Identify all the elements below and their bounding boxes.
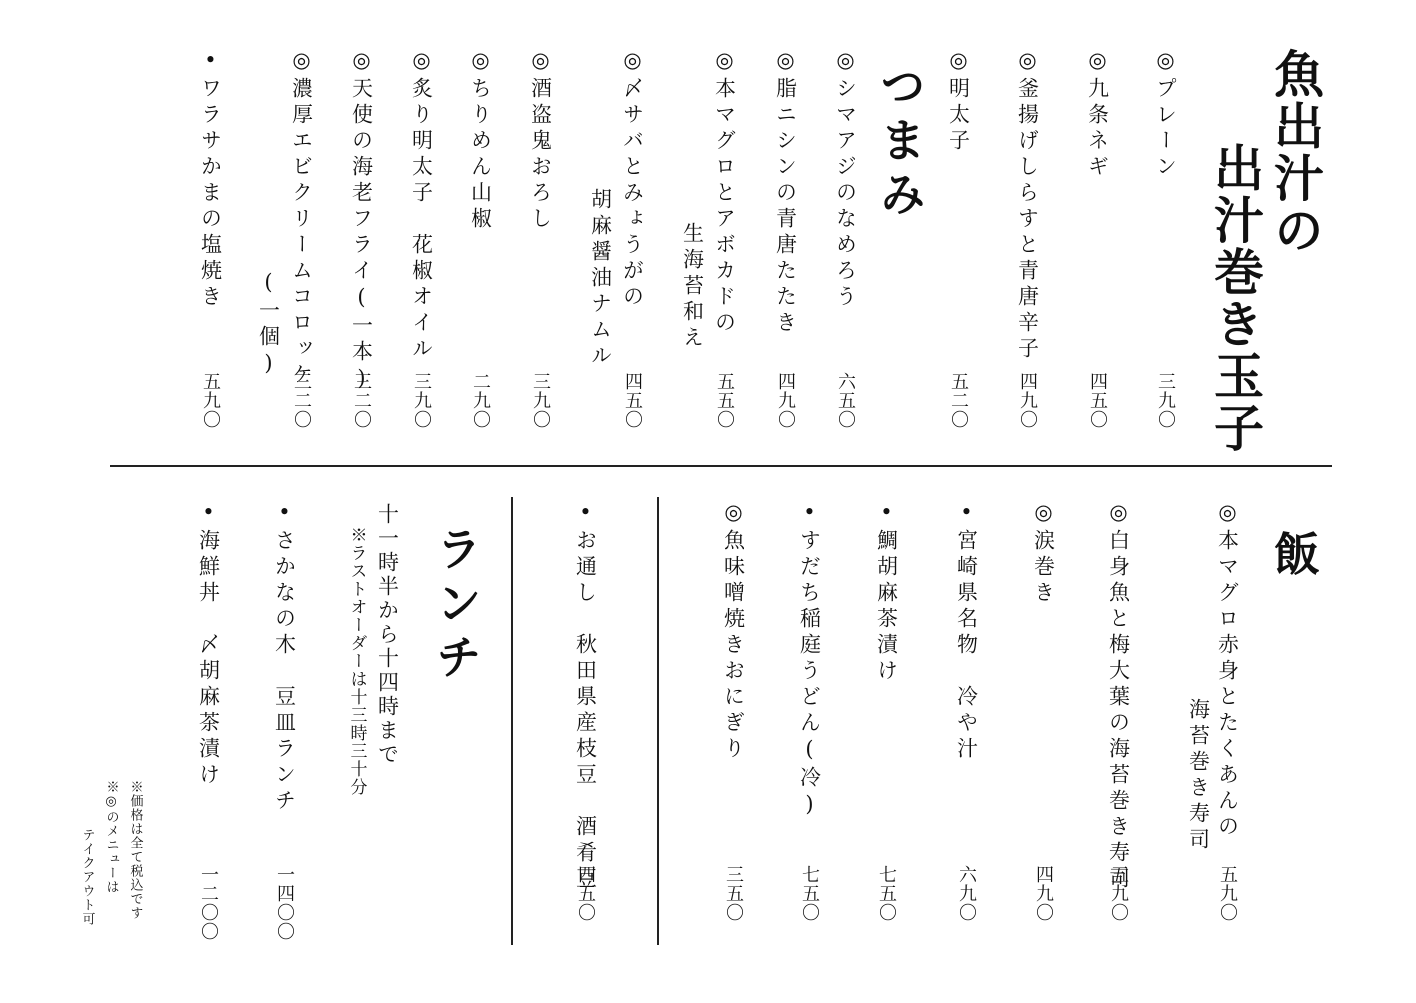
item-name: 九条ネギ xyxy=(1086,77,1110,181)
item-name: さかなの木 豆皿ランチ xyxy=(273,529,297,815)
takeout-mark: ◎ xyxy=(1154,48,1178,77)
menu-item-shiromi-ume: ◎白身魚と梅大葉の海苔巻き寿司 xyxy=(1108,500,1129,893)
takeout-mark: ◎ xyxy=(410,48,434,77)
takeout-mark: ◎ xyxy=(350,48,374,77)
item-name: 涙巻き xyxy=(1032,529,1056,607)
item-name-line2: (一個) xyxy=(258,270,279,380)
item-price: 四五〇 xyxy=(576,865,594,922)
menu-item-shuto: ◎酒盗鬼おろし xyxy=(530,48,551,233)
item-name: 天使の海老フライ(一本) xyxy=(350,77,374,395)
note-takeout-cont: テイクアウト可 xyxy=(81,828,94,926)
item-price: 三九〇 xyxy=(1156,372,1174,429)
takeout-mark: ◎ xyxy=(1107,500,1131,529)
section-title-rice: 飯 xyxy=(1271,530,1317,584)
bullet-mark: • xyxy=(574,500,598,529)
section-title-tsumami: つまみ xyxy=(877,62,923,224)
menu-item-ebi-fry: ◎天使の海老フライ(一本) xyxy=(351,48,372,395)
item-name: 明太子 xyxy=(947,77,971,155)
menu-item-mamezara-lunch: •さかなの木 豆皿ランチ xyxy=(274,500,295,815)
lunch-last-order: ※ラストオーダーは十三時三十分 xyxy=(348,526,365,796)
menu-item-ebi-croquette: ◎濃厚エビクリームコロッケ xyxy=(291,48,312,389)
item-price: 五九〇 xyxy=(1109,865,1127,922)
menu-item-namidamaki: ◎涙巻き xyxy=(1033,500,1054,607)
note-takeout: ※◎のメニューは xyxy=(105,780,118,894)
item-price: 一四〇〇 xyxy=(275,865,293,941)
item-name: 炙り明太子 花椒オイル xyxy=(410,77,434,363)
menu-item-maguro-takuan: ◎本マグロ赤身とたくあんの xyxy=(1217,500,1238,841)
bullet-mark: • xyxy=(197,500,221,529)
vertical-divider-left xyxy=(511,497,513,945)
item-price: 三二〇 xyxy=(292,372,310,429)
section-title-lunch: ランチ xyxy=(433,525,479,687)
item-name: 宮崎県名物 冷や汁 xyxy=(955,529,979,763)
item-name-line2: 生海苔和え xyxy=(682,222,703,352)
item-name: ワラサかまの塩焼き xyxy=(199,77,223,311)
takeout-mark: ◎ xyxy=(1216,500,1240,529)
item-price: 七五〇 xyxy=(877,865,895,922)
item-price: 三九〇 xyxy=(531,372,549,429)
takeout-mark: ◎ xyxy=(1016,48,1040,77)
item-price: 七五〇 xyxy=(800,865,818,922)
item-price: 三二〇 xyxy=(352,372,370,429)
item-price: 三九〇 xyxy=(412,372,430,429)
item-name: 魚味噌焼きおにぎり xyxy=(722,529,746,763)
menu-item-kaisendon: •海鮮丼 〆胡麻茶漬け xyxy=(198,500,219,789)
takeout-mark: ◎ xyxy=(469,48,493,77)
item-name: 脂ニシンの青唐たたき xyxy=(774,77,798,337)
menu-item-aburi-mentaiko: ◎炙り明太子 花椒オイル xyxy=(411,48,432,363)
item-name: シマアジのなめろう xyxy=(834,77,858,311)
menu-item-nishin: ◎脂ニシンの青唐たたき xyxy=(775,48,796,337)
takeout-mark: ◎ xyxy=(947,48,971,77)
takeout-mark: ◎ xyxy=(1086,48,1110,77)
item-price: 四五〇 xyxy=(623,372,641,429)
bullet-mark: • xyxy=(199,48,223,77)
takeout-mark: ◎ xyxy=(621,48,645,77)
menu-item-plain: ◎プレーン xyxy=(1155,48,1176,181)
bullet-mark: • xyxy=(875,500,899,529)
item-price: 四五〇 xyxy=(1088,372,1106,429)
takeout-mark: ◎ xyxy=(1032,500,1056,529)
takeout-mark: ◎ xyxy=(290,48,314,77)
menu-title-line1: 魚出汁の xyxy=(1270,48,1320,256)
menu-item-otoshi: •お通し 秋田県産枝豆 酒肴豆 xyxy=(575,500,596,893)
menu-item-warasa-kama: •ワラサかまの塩焼き xyxy=(200,48,221,311)
item-price: 五九〇 xyxy=(201,372,219,429)
item-name: 酒盗鬼おろし xyxy=(529,77,553,233)
vertical-divider-right xyxy=(657,497,659,945)
lunch-hours: 十一時半から十四時まで xyxy=(377,503,398,767)
menu-item-mentaiko: ◎明太子 xyxy=(948,48,969,155)
menu-item-inaniwa-udon: •すだち稲庭うどん(冷) xyxy=(799,500,820,821)
item-name: 濃厚エビクリームコロッケ xyxy=(290,77,314,389)
item-name: お通し 秋田県産枝豆 酒肴豆 xyxy=(574,529,598,893)
item-price: 四九〇 xyxy=(776,372,794,429)
menu-item-tai-chazuke: •鯛胡麻茶漬け xyxy=(876,500,897,685)
bullet-mark: • xyxy=(955,500,979,529)
item-price: 五五〇 xyxy=(715,372,733,429)
item-price: 五二〇 xyxy=(949,372,967,429)
takeout-mark: ◎ xyxy=(774,48,798,77)
bullet-mark: • xyxy=(798,500,822,529)
menu-item-shimaaji: ◎シマアジのなめろう xyxy=(835,48,856,311)
item-name: 海鮮丼 〆胡麻茶漬け xyxy=(197,529,221,789)
note-tax-included: ※価格は全て税込です xyxy=(129,780,142,920)
bullet-mark: • xyxy=(273,500,297,529)
menu-item-chirimen: ◎ちりめん山椒 xyxy=(470,48,491,233)
takeout-mark: ◎ xyxy=(529,48,553,77)
item-price: 二九〇 xyxy=(471,372,489,429)
menu-title-line2: 出汁巻き玉子 xyxy=(1210,142,1260,454)
item-name: 本マグロとアボカドの xyxy=(713,77,737,337)
menu-item-kujo-negi: ◎九条ネギ xyxy=(1087,48,1108,181)
item-name-line2: 海苔巻き寿司 xyxy=(1188,698,1209,854)
item-price: 四九〇 xyxy=(1018,372,1036,429)
item-price: 三五〇 xyxy=(724,865,742,922)
item-price: 五九〇 xyxy=(1218,865,1236,922)
item-name: 〆サバとみょうがの xyxy=(621,77,645,311)
item-price: 六五〇 xyxy=(836,372,854,429)
item-name: 白身魚と梅大葉の海苔巻き寿司 xyxy=(1107,529,1131,893)
item-price: 四九〇 xyxy=(1034,865,1052,922)
menu-item-hiyajiru: •宮崎県名物 冷や汁 xyxy=(956,500,977,763)
takeout-mark: ◎ xyxy=(713,48,737,77)
item-name: 鯛胡麻茶漬け xyxy=(875,529,899,685)
item-name: プレーン xyxy=(1154,77,1178,181)
item-name-line2: 胡麻醤油ナムル xyxy=(590,188,611,370)
item-name: すだち稲庭うどん(冷) xyxy=(798,529,822,821)
menu-item-maguro-avocado: ◎本マグロとアボカドの xyxy=(714,48,735,337)
item-price: 一二〇〇 xyxy=(199,865,217,941)
item-price: 六九〇 xyxy=(957,865,975,922)
menu-item-shimesaba: ◎〆サバとみょうがの xyxy=(622,48,643,311)
item-name: ちりめん山椒 xyxy=(469,77,493,233)
menu-item-shirasu: ◎釜揚げしらすと青唐辛子 xyxy=(1017,48,1038,363)
horizontal-divider xyxy=(110,465,1332,467)
takeout-mark: ◎ xyxy=(834,48,858,77)
menu-item-yaki-onigiri: ◎魚味噌焼きおにぎり xyxy=(723,500,744,763)
takeout-mark: ◎ xyxy=(722,500,746,529)
item-name: 釜揚げしらすと青唐辛子 xyxy=(1016,77,1040,363)
item-name: 本マグロ赤身とたくあんの xyxy=(1216,529,1240,841)
